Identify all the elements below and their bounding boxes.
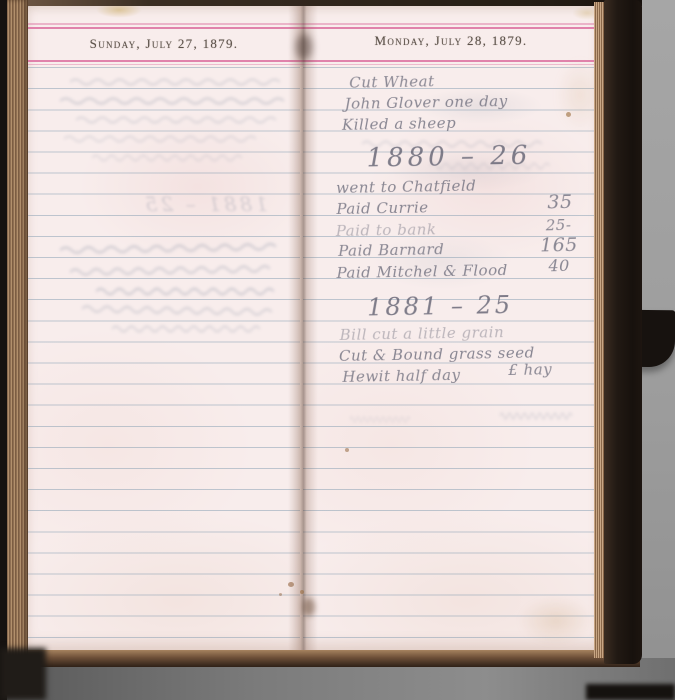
diary-entry: Paid Currie: [336, 198, 428, 218]
diary-entry: Paid to bank: [336, 220, 437, 240]
diary-entry-year: 1880 – 26: [366, 141, 531, 174]
diary-entry: Cut Wheat: [349, 72, 435, 91]
gutter-smudge: [296, 34, 312, 60]
diary-entry: Cut & Bound grass seed: [339, 344, 535, 365]
gutter-smudge: [303, 598, 315, 616]
diary-entry-amount: 25-: [546, 216, 572, 234]
diary-entry: Killed a sheep: [342, 114, 457, 134]
diary-scan: Sunday, July 27, 1879. Monday, July 28, …: [0, 0, 675, 700]
stain: [288, 582, 294, 587]
book-top-edge: [26, 0, 642, 6]
corner-shadow: [0, 648, 46, 700]
diary-entry: went to Chatfield: [336, 177, 477, 197]
book-cover: [604, 0, 642, 664]
diary-entry-year: 1881 – 25: [367, 291, 513, 322]
stain: [279, 593, 282, 596]
diary-entry: Bill cut a little grain: [339, 323, 504, 344]
diary-entry-amount: 40: [548, 256, 570, 275]
diary-entry: Paid Barnard: [338, 240, 444, 260]
book-bottom-edge: [4, 650, 640, 667]
diary-entry-amount: 165: [540, 234, 578, 257]
stain: [518, 596, 594, 646]
stain: [345, 448, 349, 452]
stain: [300, 590, 304, 594]
book-spine-edge: [0, 0, 7, 700]
diary-entry: Hewit half day: [342, 366, 460, 386]
diary-entry: Paid Mitchel & Flood: [336, 261, 508, 282]
diary-entry-amount: £ hay: [508, 360, 552, 379]
diary-entry: John Glover one day: [344, 92, 507, 113]
corner-shadow: [586, 684, 675, 700]
diary-entry-amount: 35: [547, 191, 573, 213]
page-stack-left: [7, 0, 28, 668]
gutter-shadow: [288, 6, 318, 652]
